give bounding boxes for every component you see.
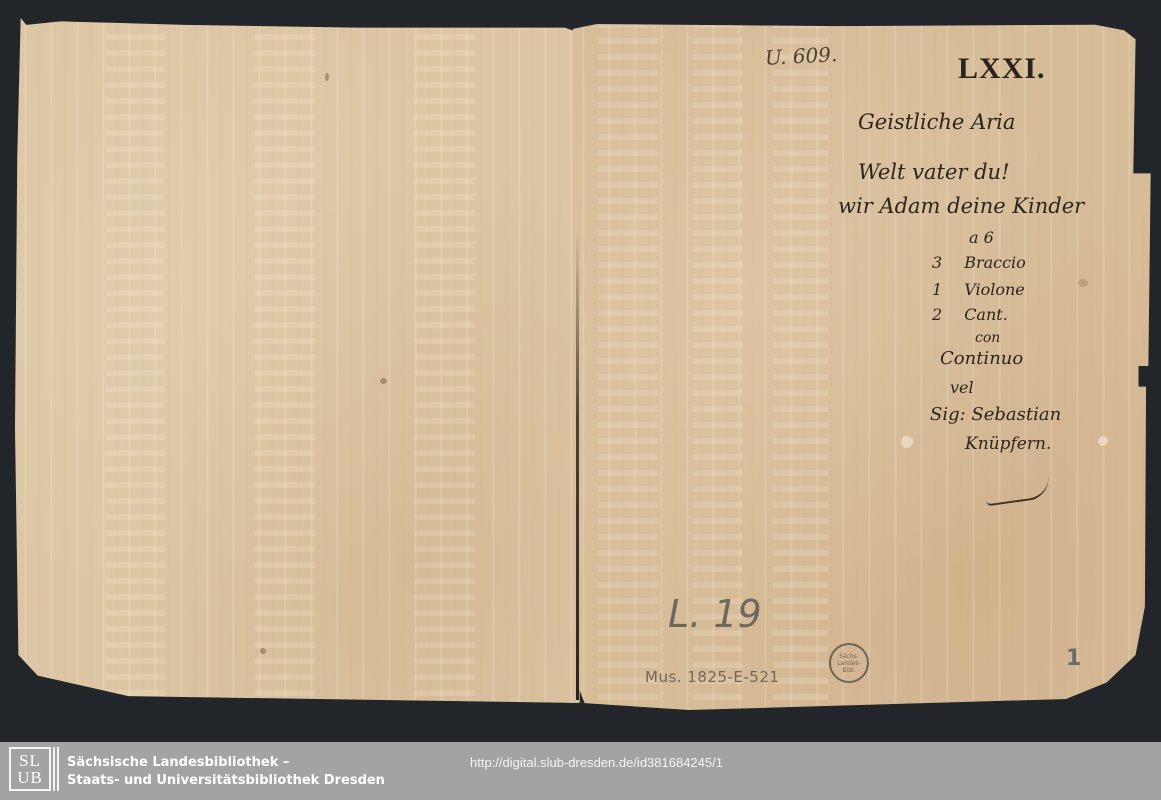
composer-prefix: Sig: Sebastian <box>930 404 1061 425</box>
stamp-line: Sächs. <box>839 653 859 660</box>
stain <box>380 378 387 384</box>
scoring-con: con <box>975 330 1000 346</box>
chain-line-texture <box>255 18 315 703</box>
voice-count: a 6 <box>969 228 994 247</box>
library-name-line-2: Staats- und Universitätsbibliothek Dresd… <box>67 772 385 790</box>
manuscript-scan: U. 609. LXXI. Geistliche Aria Welt vater… <box>0 0 1161 742</box>
logo-stripe <box>57 747 59 791</box>
stamp-line: Bibl. <box>842 667 855 674</box>
composer-surname: Knüpfern. <box>965 434 1051 454</box>
title-line-1: Geistliche Aria <box>858 110 1015 134</box>
scoring-line: 1 Violone <box>932 280 1025 299</box>
library-name: Sächsische Landesbibliothek – Staats- un… <box>67 754 385 790</box>
slub-logo-icon: SL UB <box>9 747 51 791</box>
scoring-line: 3 Braccio <box>932 253 1026 272</box>
left-page <box>15 18 582 703</box>
paper-hole <box>901 436 913 448</box>
part-count: 1 <box>932 280 942 299</box>
call-number: Mus. 1825-E-521 <box>645 668 779 686</box>
title-line-2: Welt vater du! <box>858 160 1010 184</box>
chain-line-texture <box>105 18 165 703</box>
title-line-3: wir Adam deine Kinder <box>838 194 1084 218</box>
permalink-url[interactable]: http://digital.slub-dresden.de/id3816842… <box>470 755 723 770</box>
part-instrument: Violone <box>964 280 1025 299</box>
paper-hole <box>1098 436 1108 446</box>
logo-text: SL <box>19 752 41 769</box>
logo-text: UB <box>17 769 43 786</box>
library-stamp: Sächs. Landes- Bibl. <box>829 643 869 683</box>
scoring-continuo: Continuo <box>940 348 1023 369</box>
old-shelfmark: U. 609. <box>764 42 837 70</box>
chain-line-texture <box>598 22 658 710</box>
roman-numeral: LXXI. <box>958 52 1046 86</box>
stain <box>1078 279 1088 287</box>
chain-line-texture <box>773 22 828 710</box>
spine-tear <box>576 230 579 700</box>
stain <box>325 73 329 81</box>
part-count: 2 <box>932 305 942 324</box>
scoring-vel: vel <box>950 378 974 397</box>
library-footer: SL UB Sächsische Landesbibliothek – Staa… <box>0 742 1161 800</box>
logo-stripe <box>53 747 55 791</box>
part-count: 3 <box>932 253 942 272</box>
part-instrument: Braccio <box>964 253 1026 272</box>
stain <box>260 648 266 654</box>
folio-number: 1 <box>1066 646 1081 671</box>
part-instrument: Cant. <box>964 305 1008 324</box>
library-name-line-1: Sächsische Landesbibliothek – <box>67 754 385 772</box>
chain-line-texture <box>415 18 475 703</box>
stamp-line: Landes- <box>837 660 861 667</box>
scoring-line: 2 Cant. <box>932 305 1008 324</box>
pencil-mark: L. 19 <box>668 592 762 636</box>
